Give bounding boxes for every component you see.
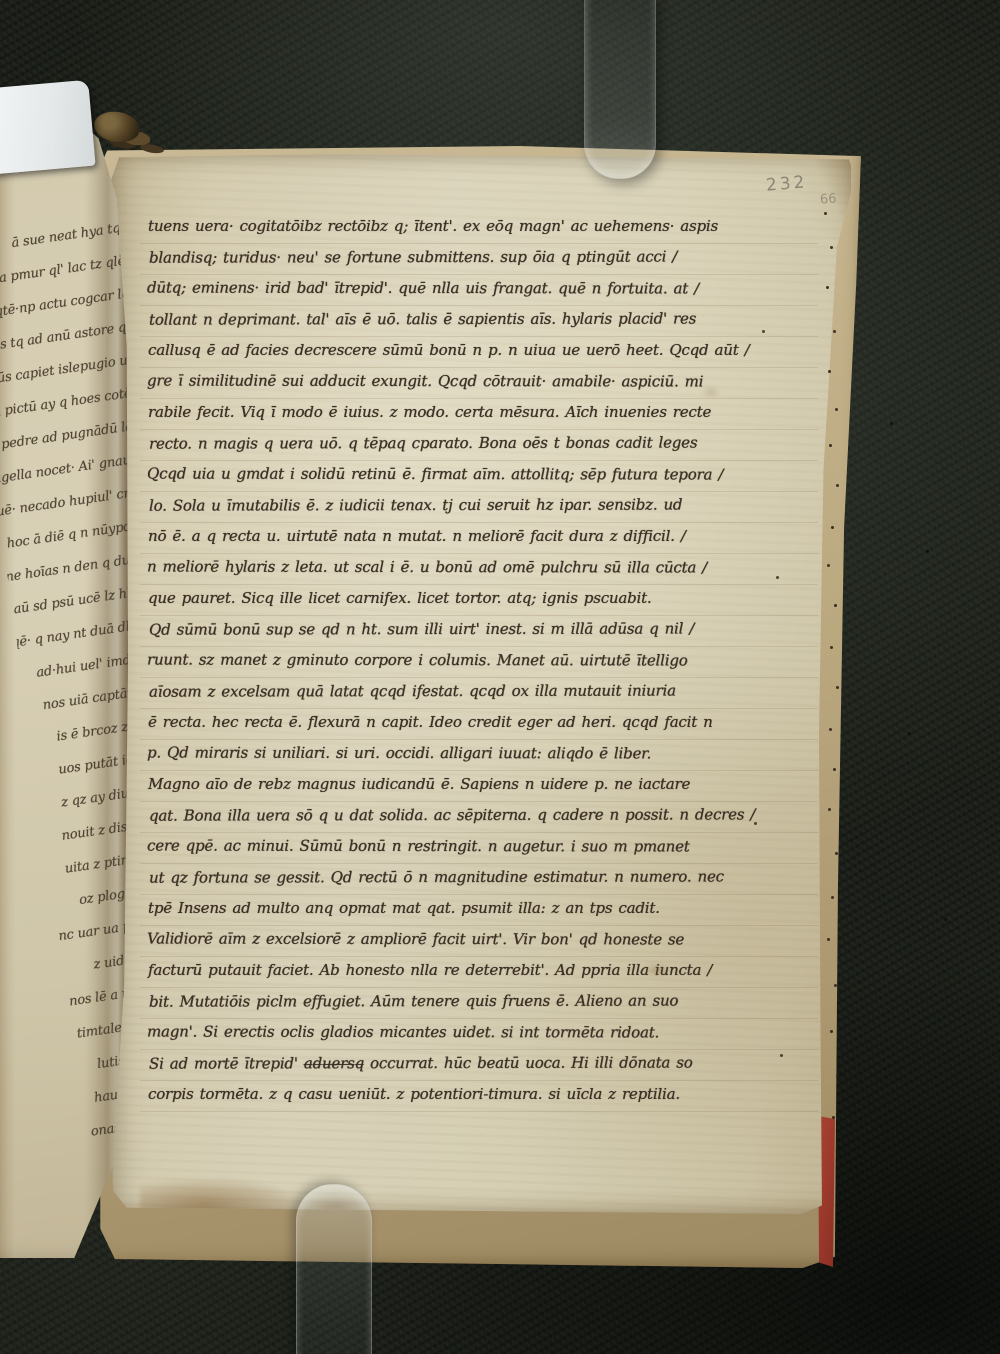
text-line: dūtq; eminens· irid bad' ītrepid'. quē n… <box>147 272 737 304</box>
text-line: qat. Bona illa uera sō q u dat solida. a… <box>149 799 739 831</box>
text-line: ut qz fortuna se gessit. Qd rectū ō n ma… <box>149 861 739 893</box>
bottom-strap <box>296 1184 372 1354</box>
endband-cord <box>92 109 142 146</box>
folio-corner-mark: 66 <box>819 191 837 207</box>
text-line: Validiorē aīm z excelsiorē z ampliorē fa… <box>147 923 737 955</box>
text-line: que pauret. Sicq ille licet carnifex. li… <box>148 583 738 614</box>
foxing-spot <box>702 387 720 397</box>
foxing-spot <box>644 963 670 977</box>
worm-holes <box>824 212 827 215</box>
text-line: magn'. Si erectis oclis gladios micantes… <box>147 1016 737 1048</box>
text-line: gre ī similitudinē sui adducit exungit. … <box>147 365 737 397</box>
text-line: tollant n deprimant. tal' aīs ē uō. tali… <box>149 303 739 335</box>
folio-number: 232 <box>765 172 808 196</box>
text-line: rabile fecit. Viq ī modo ē iuius. z modo… <box>148 397 738 428</box>
text-line: bit. Mutatiōis piclm effugiet. Aūm tener… <box>149 985 739 1017</box>
text-line: Si ad mortē ītrepid' a̶d̶u̶e̶r̶s̶q̶ occu… <box>149 1047 739 1079</box>
text-line: recto. n magis q uera uō. q tēpaq cparat… <box>149 427 739 459</box>
text-line: n meliorē hylaris z leta. ut scal i ē. u… <box>147 551 737 583</box>
text-line: cere qpē. ac minui. Sūmū bonū n restring… <box>147 830 737 862</box>
manuscript-page: tuens uera· cogitatōibz rectōibz q; īten… <box>104 151 855 1214</box>
text-line: blandisq; turidus· neu' se fortune submi… <box>149 241 739 273</box>
text-line: callusq ē ad facies decrescere sūmū bonū… <box>148 335 738 366</box>
text-line: Qcqd uia u gmdat i solidū retinū ē. firm… <box>147 458 737 490</box>
text-line: ruunt. sz manet z gminuto corpore i colu… <box>147 644 737 676</box>
text-line: ē recta. hec recta ē. flexurā n capit. I… <box>148 707 738 738</box>
text-line: Qd sūmū bonū sup se qd n ht. sum illi ui… <box>149 613 739 645</box>
text-line: tuens uera· cogitatōibz rectōibz q; īten… <box>148 211 738 242</box>
white-paper-marker <box>0 80 96 175</box>
text-line: Magno aīo de rebz magnus iudicandū ē. Sa… <box>148 769 738 800</box>
facing-page-edge: ā sue neat hya tqo uera pmur ql' lac tz … <box>0 118 128 1258</box>
text-line: nō ē. a q recta u. uirtutē nata n mutat.… <box>148 521 738 552</box>
manuscript-photo: tuens uera· cogitatōibz rectōibz q; īten… <box>0 0 1000 1354</box>
text-line: tpē Insens ad multo anq opmat mat qat. p… <box>148 893 738 924</box>
text-line: p. Qd miraris si uniliari. si uri. occid… <box>147 737 737 769</box>
top-strap <box>584 0 656 179</box>
text-line: corpis tormēta. z q casu ueniūt. z poten… <box>148 1079 738 1110</box>
text-line: aīosam z excelsam quā latat qcqd ifestat… <box>149 675 739 707</box>
text-line: lo. Sola u īmutabilis ē. z iudicii tenax… <box>149 489 739 521</box>
